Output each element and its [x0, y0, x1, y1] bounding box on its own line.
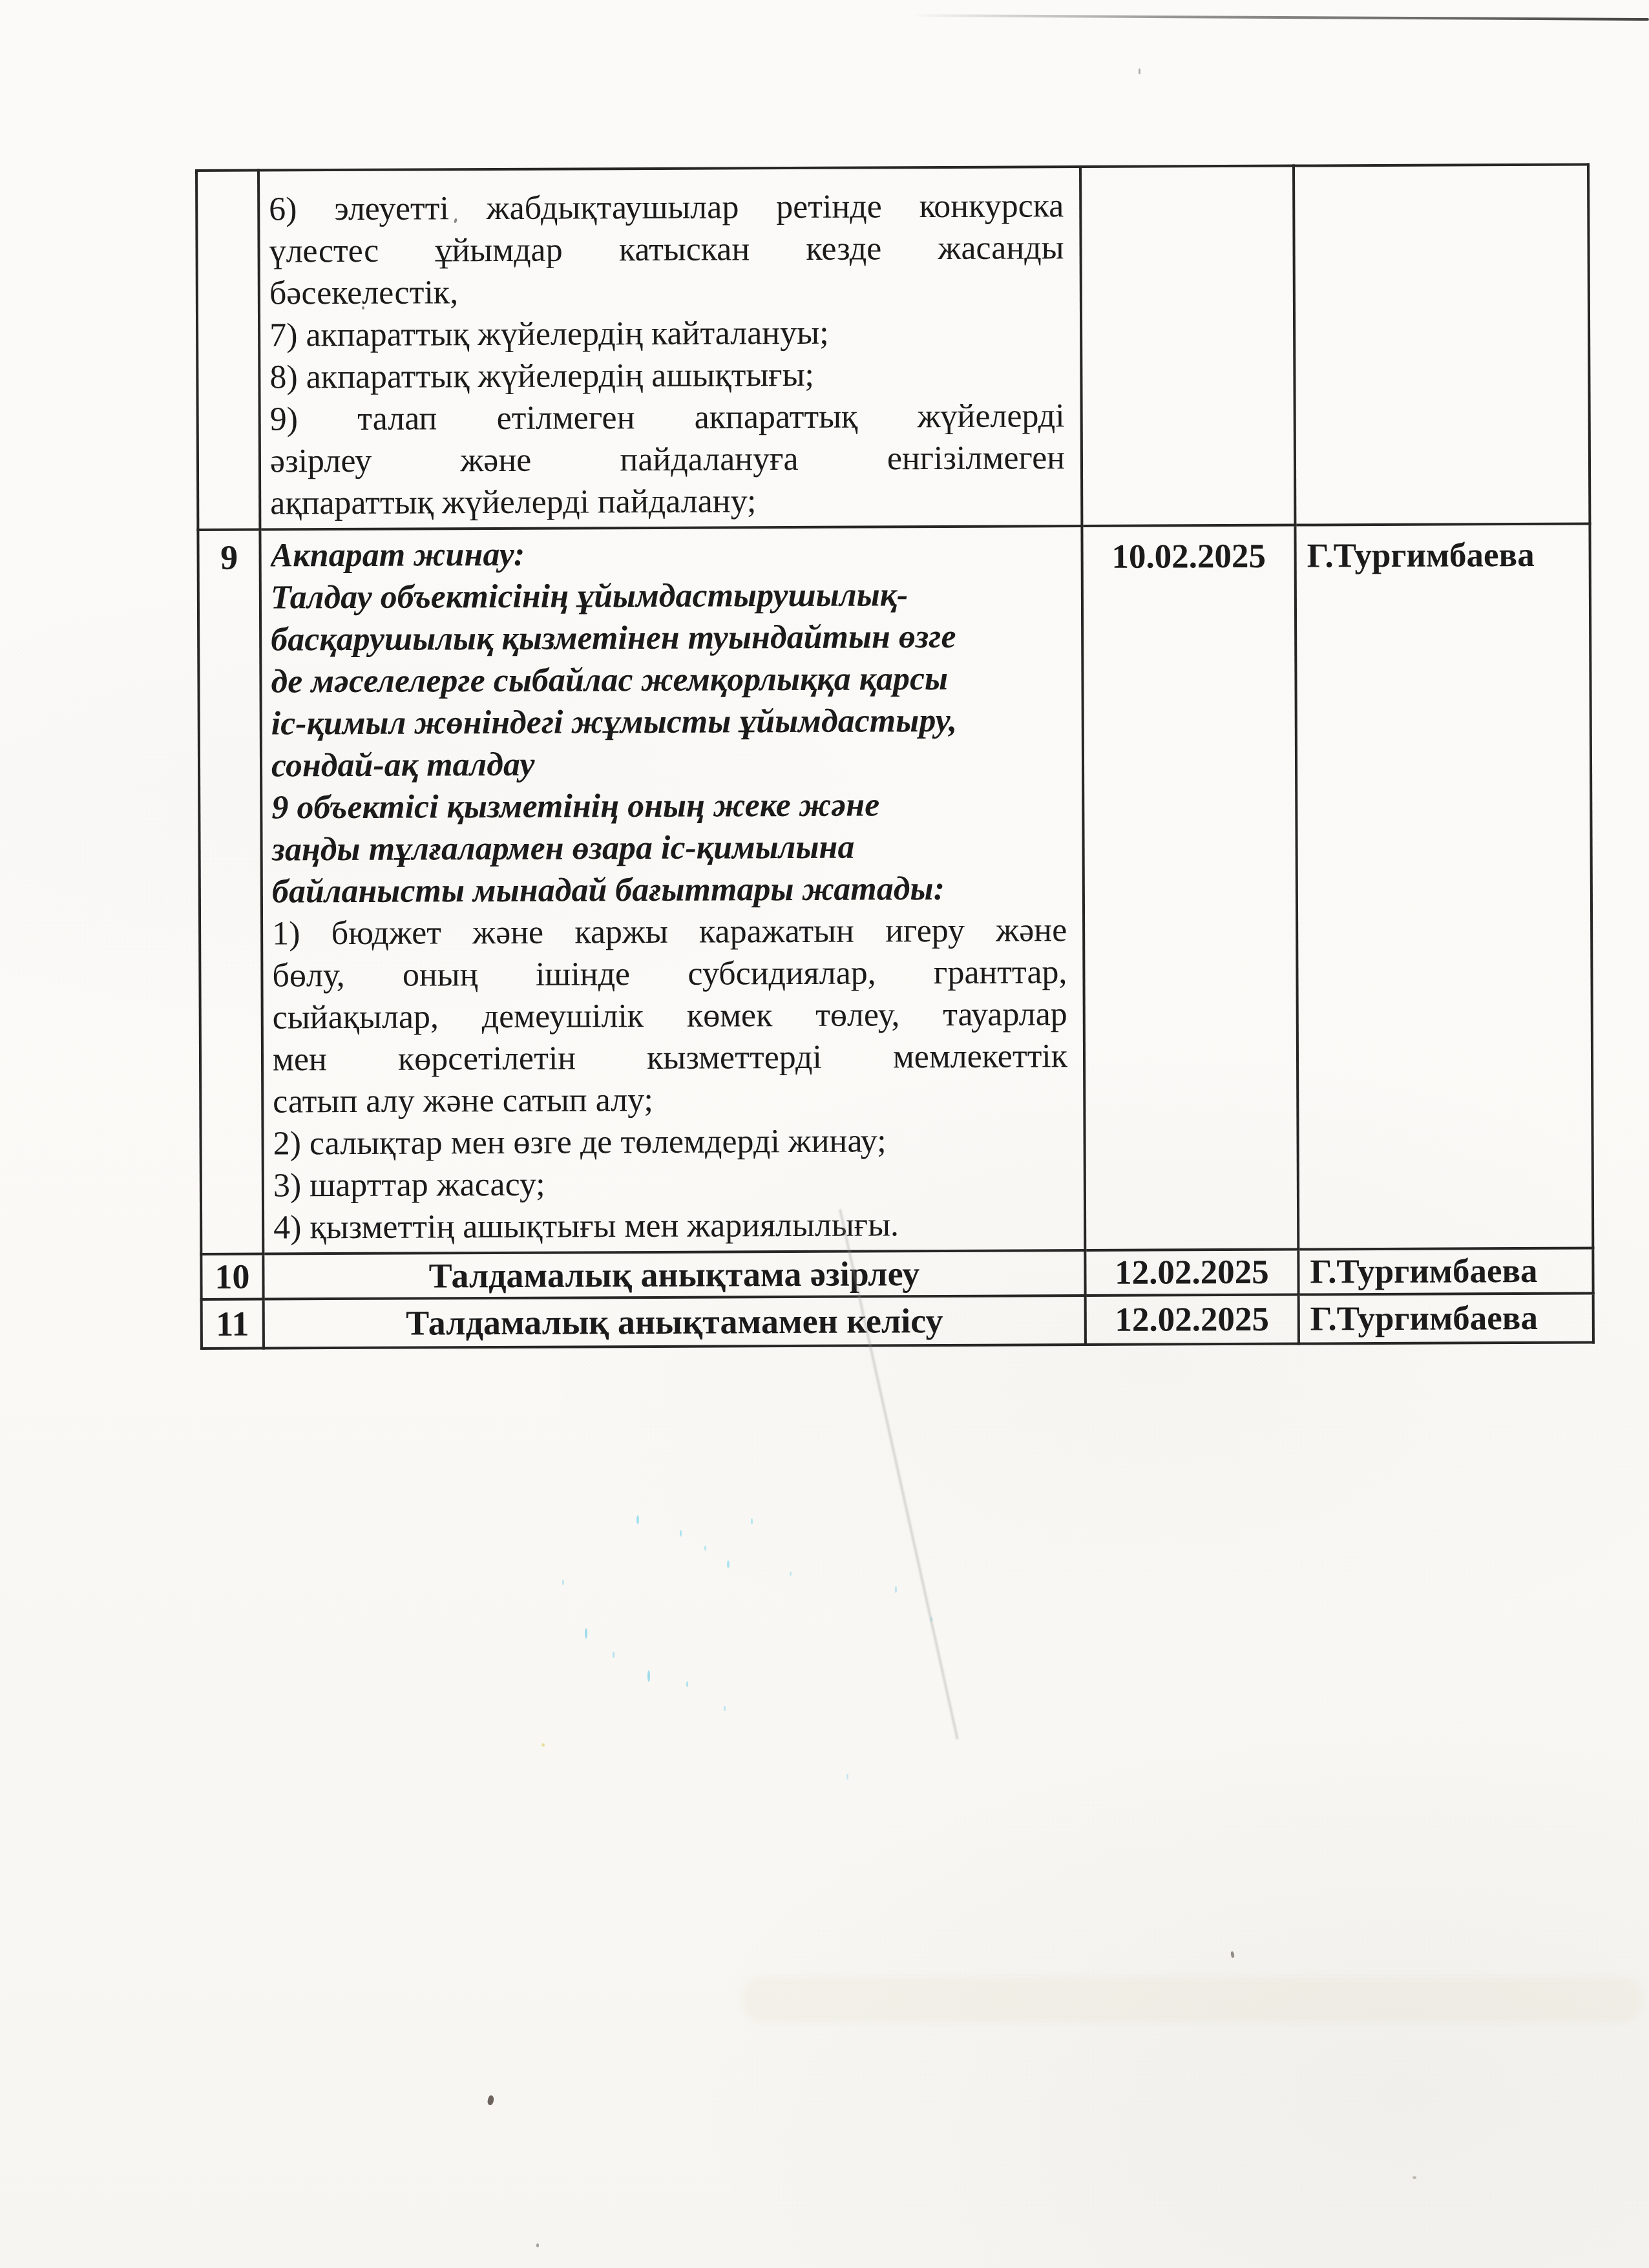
text-line: үлестес ұйымдар катыскан кезде жасанды [269, 227, 1064, 272]
paragraph: 6) элеуетті жабдықтаушылар ретінде конку… [269, 185, 1064, 314]
text-line: 6) элеуетті жабдықтаушылар ретінде конку… [269, 185, 1064, 230]
text-line: 9) талап етілмеген акпараттық жүйелерді [270, 395, 1065, 440]
text-line: сыйақылар, демеушілік көмек төлеу, тауар… [273, 993, 1067, 1038]
text-line: байланысты мынадай бағыттары жатады: [272, 867, 1067, 912]
text-line: 7) акпараттық жүйелердің кайталануы; [269, 311, 1064, 356]
paragraph: Акпарат жинау: [270, 531, 1065, 576]
paragraph: 3) шарттар жасасу; [273, 1161, 1068, 1206]
text-line: мен көрсетілетін кызметтерді мемлекеттік [273, 1035, 1067, 1080]
text-line: ақпараттық жүйелерді пайдалану; [270, 479, 1065, 524]
action-plan-table: 6) элеуетті жабдықтаушылар ретінде конку… [195, 163, 1595, 1350]
cell-responsible [1294, 165, 1590, 525]
text-line: бәсекелестік, [269, 269, 1064, 314]
cell-date [1080, 166, 1295, 526]
scanned-page: { "ink_color": "#1b1b1b", "paper_color":… [0, 0, 1649, 2268]
paragraph: 9) талап етілмеген акпараттық жүйелердіә… [270, 395, 1066, 524]
text-line: Талдау объектісінің ұйымдастырушылық- [271, 573, 1066, 618]
text-line: де мәселелерге сыбайлас жемқорлыққа қарс… [271, 657, 1066, 702]
table-row-11: 11 Талдамалық анықтамамен келісу 12.02.2… [202, 1294, 1593, 1349]
text-line: заңды тұлғалармен өзара іс-қимылына [271, 825, 1066, 870]
text-line: 3) шарттар жасасу; [273, 1161, 1068, 1206]
text-line: 4) қызметтің ашықтығы мен жариялылығы. [273, 1203, 1068, 1248]
paragraph: Талдау объектісінің ұйымдастырушылық-бас… [271, 573, 1066, 786]
cell-responsible: Г.Тургимбаева [1295, 524, 1593, 1250]
table-row-9: 9 Акпарат жинау:Талдау объектісінің ұйым… [198, 524, 1593, 1254]
paragraph: 4) қызметтің ашықтығы мен жариялылығы. [273, 1203, 1068, 1248]
cell-activity: Талдамалық анықтама әзірлеу [263, 1250, 1085, 1299]
text-line: 1) бюджет және каржы каражатын игеру жән… [272, 909, 1067, 954]
cell-activity: 6) элеуетті жабдықтаушылар ретінде конку… [258, 167, 1082, 530]
text-line: басқарушылық қызметінен туындайтын өзге [271, 615, 1066, 660]
text-line: сондай-ақ талдау [271, 741, 1066, 786]
text-line: 2) салықтар мен өзге де төлемдерді жинау… [273, 1119, 1067, 1164]
paragraph: 8) акпараттық жүйелердің ашықтығы; [269, 353, 1064, 398]
cell-num: 9 [198, 530, 263, 1254]
text-line: 9 объектісі қызметінің оның жеке және [271, 783, 1066, 828]
cell-num [196, 171, 260, 530]
paragraph: 2) салықтар мен өзге де төлемдерді жинау… [273, 1119, 1067, 1164]
table-row-10: 10 Талдамалық анықтама әзірлеу 12.02.202… [201, 1248, 1593, 1299]
text-line: іс-қимыл жөніндегі жұмысты ұйымдастыру, [271, 699, 1066, 744]
cell-responsible: Г.Тургимбаева [1299, 1294, 1593, 1344]
text-line: Акпарат жинау: [270, 531, 1065, 576]
cell-date: 12.02.2025 [1085, 1250, 1298, 1296]
cell-date: 12.02.2025 [1086, 1295, 1299, 1345]
text-line: сатып алу және сатып алу; [273, 1077, 1067, 1122]
paragraph: 9 объектісі қызметінің оның жеке жәнезаң… [271, 783, 1067, 912]
cell-num: 11 [202, 1299, 264, 1349]
paragraph: 1) бюджет және каржы каражатын игеру жән… [272, 909, 1067, 1122]
text-line: бөлу, оның ішінде субсидиялар, гранттар, [272, 951, 1067, 996]
cell-date: 10.02.2025 [1082, 525, 1298, 1250]
cell-activity: Акпарат жинау:Талдау объектісінің ұйымда… [260, 526, 1085, 1254]
cell-num: 10 [201, 1254, 263, 1299]
text-line: 8) акпараттық жүйелердің ашықтығы; [269, 353, 1064, 398]
text-line: әзірлеу және пайдалануға енгізілмеген [270, 437, 1065, 482]
table-row-continuation: 6) элеуетті жабдықтаушылар ретінде конку… [196, 165, 1590, 530]
cell-activity: Талдамалық анықтамамен келісу [264, 1296, 1086, 1349]
paragraph: 7) акпараттық жүйелердің кайталануы; [269, 311, 1064, 356]
cell-responsible: Г.Тургимбаева [1298, 1248, 1593, 1295]
